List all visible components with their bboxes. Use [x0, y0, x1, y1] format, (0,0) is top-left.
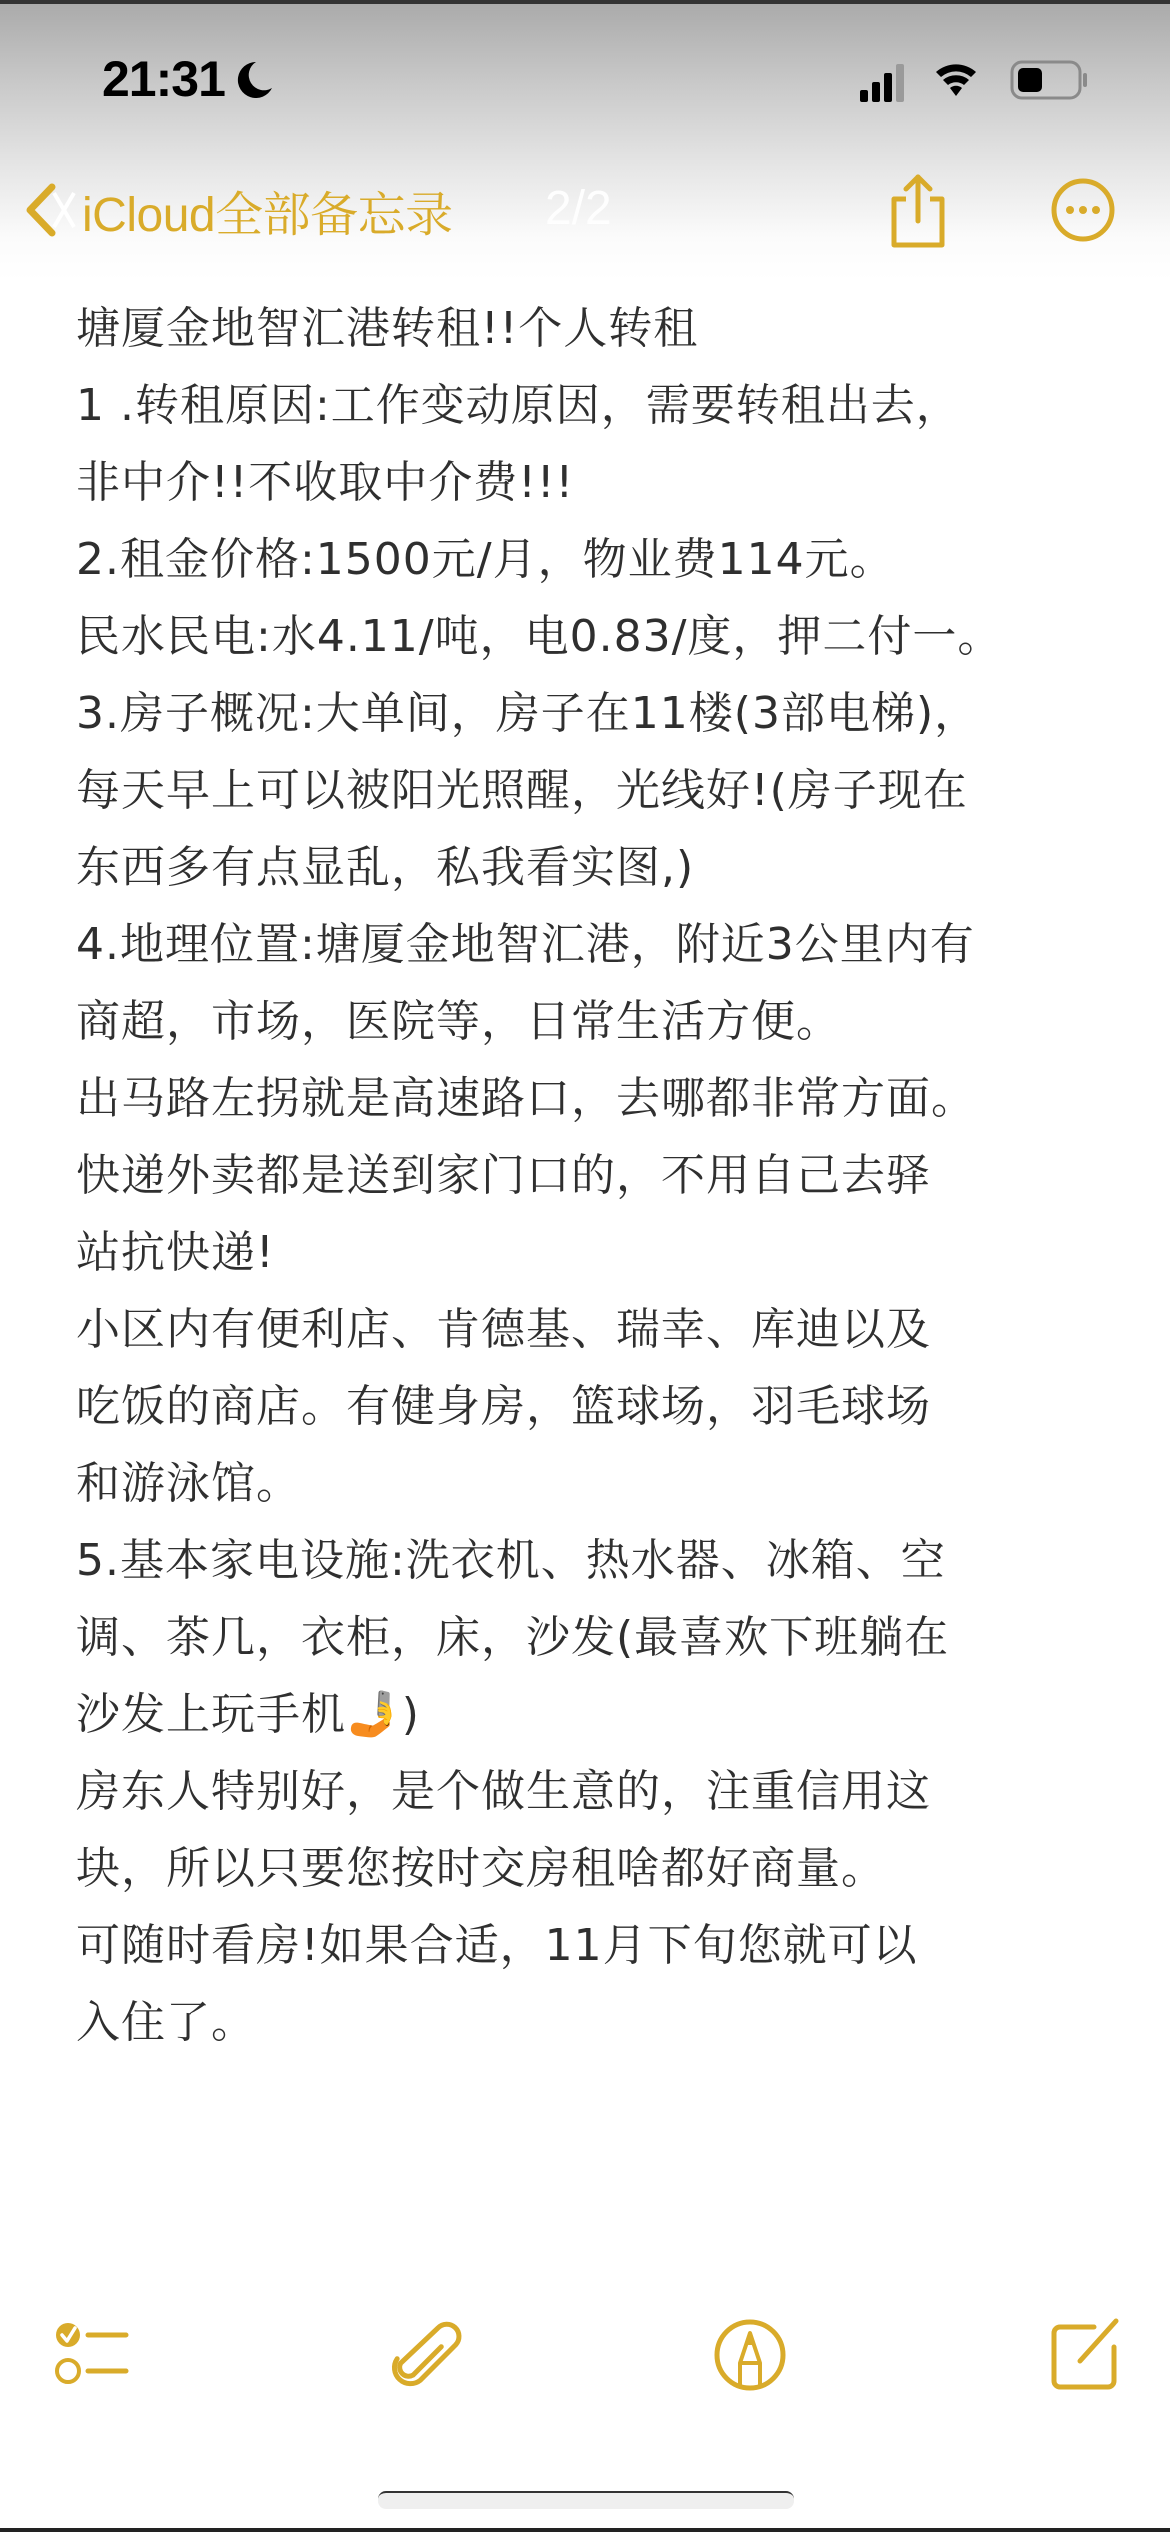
share-icon[interactable] — [886, 171, 950, 251]
note-title: 塘厦金地智汇港转租!!个人转租 — [76, 290, 1116, 367]
note-line: 每天早上可以被阳光照醒，光线好!(房子现在 — [76, 752, 1116, 829]
note-line: 1 .转租原因:工作变动原因，需要转租出去， — [76, 367, 1116, 444]
note-line: 可随时看房!如果合适，11月下旬您就可以 — [76, 1907, 1116, 1984]
battery-icon — [1010, 58, 1090, 102]
note-line: 民水民电:水4.11/吨，电0.83/度，押二付一。 — [76, 598, 1116, 675]
wifi-icon — [932, 58, 980, 102]
note-line: 2.租金价格:1500元/月，物业费114元。 — [76, 521, 1116, 598]
status-bar: 21:31 — [0, 40, 1170, 120]
paperclip-icon[interactable] — [388, 2315, 468, 2395]
pen-markup-icon[interactable] — [710, 2315, 790, 2395]
note-line: 调、茶几，衣柜，床，沙发(最喜欢下班躺在 — [76, 1599, 1116, 1676]
note-line: 商超，市场，医院等，日常生活方便。 — [76, 983, 1116, 1060]
page-indicator: 2/2 — [545, 181, 612, 236]
ellipsis-circle-icon[interactable] — [1050, 177, 1116, 243]
note-line: 东西多有点显乱，私我看实图,) — [76, 829, 1116, 906]
nav-bar: iCloud全部备忘录 2/2 — [0, 165, 1170, 255]
note-line: 站抗快递! — [76, 1214, 1116, 1291]
compose-icon[interactable] — [1046, 2315, 1126, 2395]
note-body[interactable]: 塘厦金地智汇港转租!!个人转租 1 .转租原因:工作变动原因，需要转租出去， 非… — [76, 290, 1116, 2061]
note-line: 入住了。 — [76, 1984, 1116, 2061]
moon-icon — [232, 58, 276, 102]
bottom-toolbar — [0, 2315, 1170, 2415]
screen-edge — [0, 0, 1170, 4]
note-line: 出马路左拐就是高速路口，去哪都非常方面。 — [76, 1060, 1116, 1137]
note-line: 4.地理位置:塘厦金地智汇港，附近3公里内有 — [76, 906, 1116, 983]
note-line: 吃饭的商店。有健身房，篮球场，羽毛球场 — [76, 1368, 1116, 1445]
note-line: 和游泳馆。 — [76, 1445, 1116, 1522]
note-line: 块，所以只要您按时交房租啥都好商量。 — [76, 1830, 1116, 1907]
cellular-signal-icon — [858, 62, 908, 102]
note-line: 5.基本家电设施:洗衣机、热水器、冰箱、空 — [76, 1522, 1116, 1599]
screen-edge — [0, 2528, 1170, 2532]
note-line: 小区内有便利店、肯德基、瑞幸、库迪以及 — [76, 1291, 1116, 1368]
back-label: iCloud全部备忘录 — [82, 176, 453, 245]
note-line: 非中介!!不收取中介费!!! — [76, 444, 1116, 521]
note-line: 沙发上玩手机🤳) — [76, 1676, 1116, 1753]
status-time: 21:31 — [102, 50, 225, 108]
note-line: 3.房子概况:大单间，房子在11楼(3部电梯)， — [76, 675, 1116, 752]
chevron-left-icon — [22, 175, 82, 245]
note-line: 房东人特别好，是个做生意的，注重信用这 — [76, 1753, 1116, 1830]
note-line: 快递外卖都是送到家门口的，不用自己去驿 — [76, 1137, 1116, 1214]
checklist-icon[interactable] — [52, 2315, 132, 2395]
home-indicator[interactable] — [378, 2491, 794, 2509]
back-button[interactable]: iCloud全部备忘录 — [22, 165, 453, 255]
